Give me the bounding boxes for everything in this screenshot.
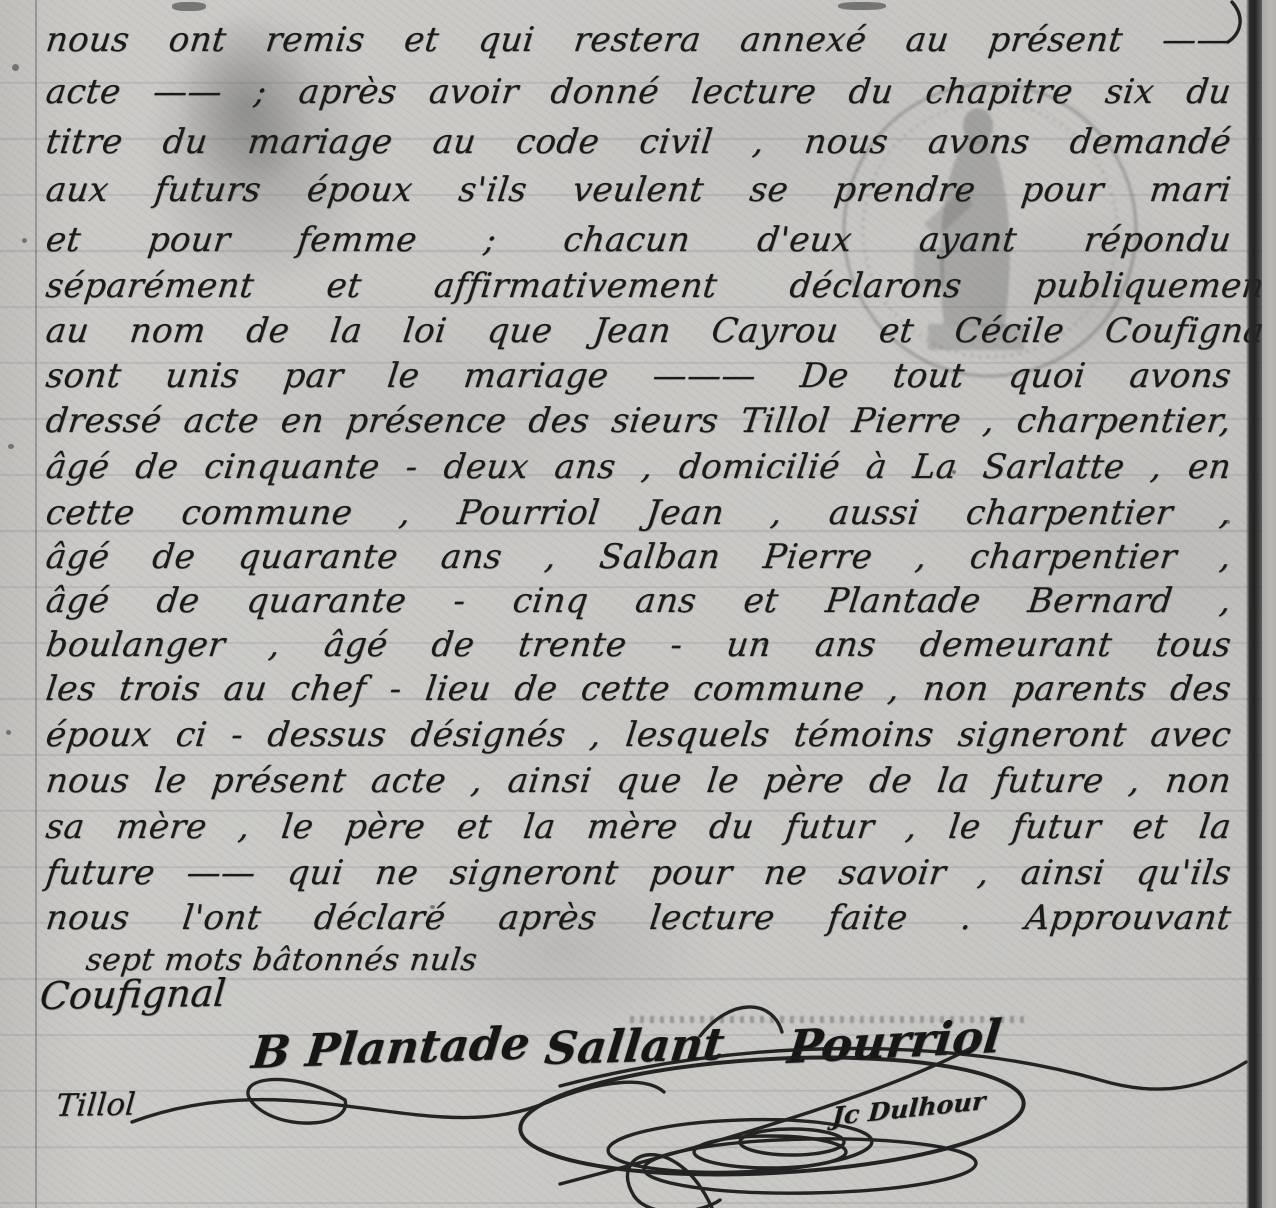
signature-plantade: B Plantade bbox=[249, 1016, 532, 1079]
manuscript-line-10: âgé de cinquante - deux ans , domicilié … bbox=[43, 447, 1233, 488]
ink-speck bbox=[8, 444, 14, 449]
manuscript-line-2: acte —— ; après avoir donné lecture du c… bbox=[43, 72, 1233, 113]
manuscript-line-20: nous l'ont déclaré après lecture faite .… bbox=[43, 898, 1233, 939]
manuscript-line-4: aux futurs époux s'ils veulent se prendr… bbox=[43, 170, 1233, 211]
manuscript-line-6: séparément et affirmativement déclarons … bbox=[43, 266, 1266, 307]
ink-speck bbox=[172, 2, 206, 11]
scanned-page: nous ont remis et qui restera annexé au … bbox=[0, 0, 1276, 1208]
signature-sallant: Sallant bbox=[542, 1017, 727, 1075]
ink-speck bbox=[22, 238, 27, 243]
manuscript-line-3: titre du mariage au code civil , nous av… bbox=[43, 122, 1233, 163]
manuscript-line-18: sa mère , le père et la mère du futur , … bbox=[43, 807, 1233, 848]
manuscript-line-15: les trois au chef - lieu de cette commun… bbox=[43, 669, 1233, 710]
manuscript-line-1: nous ont remis et qui restera annexé au … bbox=[43, 20, 1233, 61]
manuscript-line-16: époux ci - dessus désignés , lesquels té… bbox=[43, 715, 1233, 756]
adjacent-page-edge bbox=[1262, 0, 1276, 1208]
ink-speck bbox=[6, 730, 11, 735]
manuscript-line-13: âgé de quarante - cinq ans et Plantade B… bbox=[43, 581, 1233, 622]
ink-speck bbox=[838, 2, 886, 10]
ink-speck bbox=[12, 64, 19, 71]
signature-coufignal: Coufignal bbox=[38, 971, 228, 1018]
manuscript-line-8: sont unis par le mariage ——— De tout quo… bbox=[43, 356, 1233, 397]
manuscript-line-11: cette commune , Pourriol Jean , aussi ch… bbox=[43, 493, 1233, 534]
signature-pourriol: Pourriol bbox=[785, 1009, 1004, 1074]
manuscript-line-5: et pour femme ; chacun d'eux ayant répon… bbox=[43, 220, 1233, 261]
signature-tillol: Tillol bbox=[54, 1087, 136, 1124]
manuscript-line-19: future —— qui ne signeront pour ne savoi… bbox=[43, 853, 1233, 894]
margin-rule bbox=[35, 0, 37, 1208]
manuscript-line-14: boulanger , âgé de trente - un ans demeu… bbox=[43, 625, 1233, 666]
book-binding-shadow bbox=[1246, 0, 1262, 1208]
manuscript-line-7: au nom de la loi que Jean Cayrou et Céci… bbox=[43, 311, 1266, 352]
manuscript-line-9: dressé acte en présence des sieurs Tillo… bbox=[43, 401, 1233, 442]
manuscript-line-17: nous le présent acte , ainsi que le père… bbox=[43, 761, 1233, 802]
manuscript-line-12: âgé de quarante ans , Salban Pierre , ch… bbox=[43, 537, 1233, 578]
